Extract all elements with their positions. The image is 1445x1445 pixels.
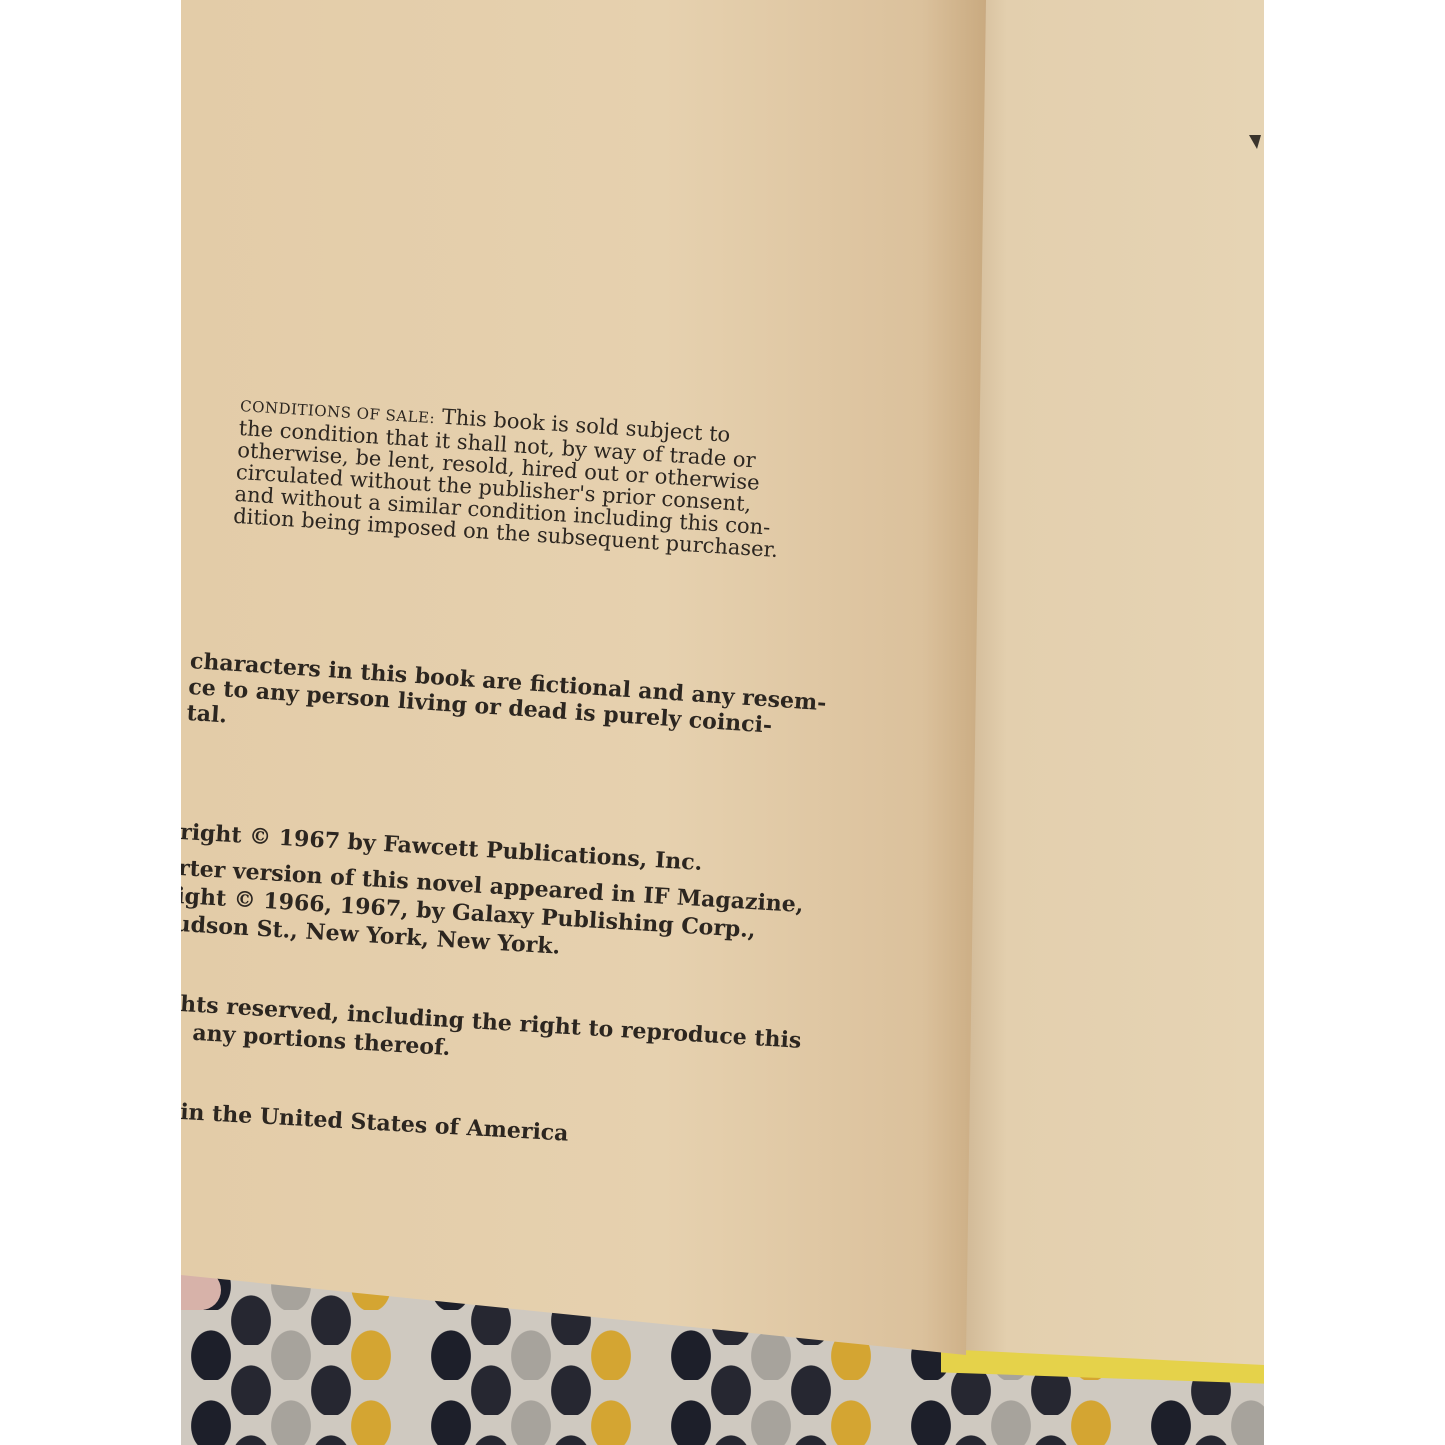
printed-line: in the United States of America — [181, 1098, 569, 1148]
fiction-disclaimer: characters in this book are fictional an… — [186, 648, 827, 768]
printed-mark — [1249, 135, 1261, 149]
conditions-of-sale-block: CONDITIONS OF SALE: This book is sold su… — [233, 393, 786, 561]
right-page — [951, 0, 1264, 1365]
rights-reserved: hts reserved, including the right to rep… — [181, 990, 802, 1083]
left-page-copyright: CONDITIONS OF SALE: This book is sold su… — [181, 0, 986, 1355]
copyright-notice: right © 1967 by Fawcett Publications, In… — [181, 818, 806, 975]
book-photo: CONDITIONS OF SALE: This book is sold su… — [181, 0, 1264, 1445]
printed-in: in the United States of America — [181, 1098, 569, 1148]
